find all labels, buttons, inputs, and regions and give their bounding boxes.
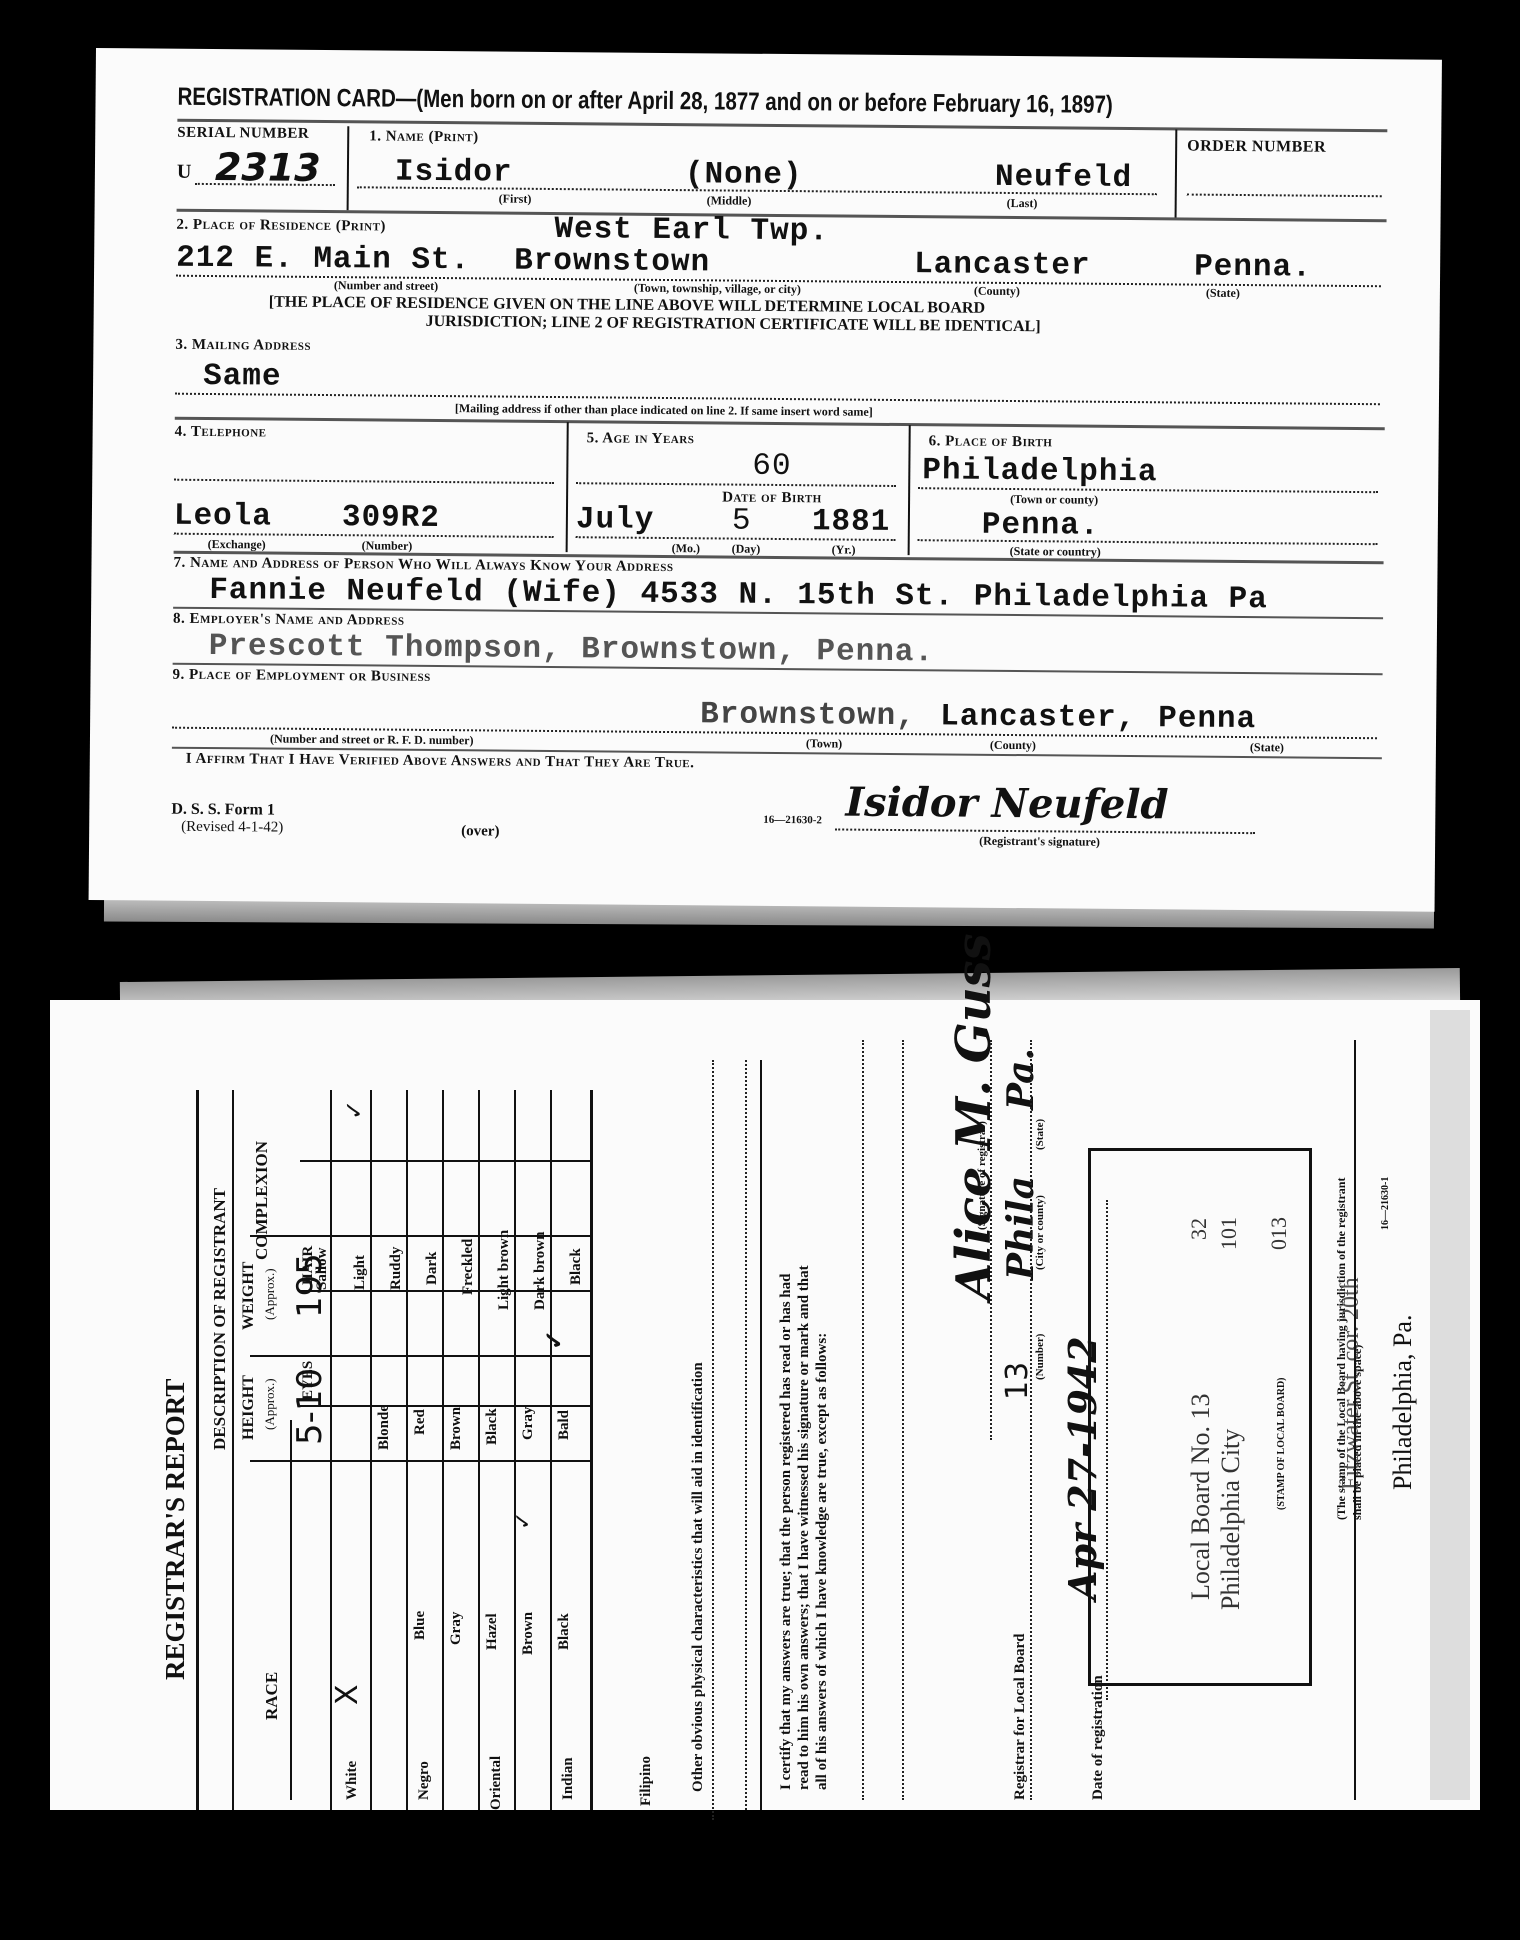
complexion-option-light: Light	[352, 1255, 369, 1290]
complexion-option-black: Black	[568, 1248, 585, 1285]
eyes-option-gray: Gray	[448, 1612, 465, 1645]
employment-county: Lancaster,	[940, 699, 1136, 736]
employer-label: 8. Employer's Name and Address	[173, 611, 405, 630]
other-characteristics-label: Other obvious physical characteristics t…	[690, 1362, 707, 1792]
registration-card: REGISTRATION CARD—(Men born on or after …	[89, 48, 1442, 912]
stamp-line-2: Philadelphia City	[1216, 1429, 1246, 1610]
certification-line-2: read to him his own answers; that I have…	[796, 1265, 813, 1790]
registrant-signature: Isidor Neufeld	[845, 779, 1168, 829]
form-revised: (Revised 4-1-42)	[181, 819, 283, 837]
certification-line-3: all of his answers of which I have knowl…	[814, 1333, 831, 1790]
complexion-option-light-brown: Light brown	[496, 1230, 513, 1310]
hair-option-black: Black	[484, 1408, 501, 1445]
report-subtitle: DESCRIPTION OF REGISTRANT	[210, 1188, 230, 1450]
height-header: HEIGHT	[240, 1375, 258, 1440]
birthplace-state: Penna.	[982, 508, 1100, 544]
telephone-number: 309R2	[342, 500, 440, 536]
stamp-line-1: Local Board No. 13	[1186, 1393, 1216, 1600]
complexion-option-dark: Dark	[424, 1252, 441, 1285]
order-number-label: ORDER NUMBER	[1187, 138, 1326, 157]
employment-state: Penna	[1158, 701, 1256, 737]
stamp-caption: (STAMP OF LOCAL BOARD)	[1276, 1377, 1287, 1510]
hair-option-red: Red	[412, 1409, 429, 1435]
hair-option-gray: Gray	[520, 1407, 537, 1440]
first-name: Isidor	[395, 155, 513, 191]
affirmation-text: I Affirm That I Have Verified Above Answ…	[186, 751, 695, 772]
name-label: 1. Name (Print)	[369, 128, 479, 146]
stamp-line-3: 013	[1266, 1217, 1292, 1250]
race-option-indian: Indian	[560, 1757, 577, 1800]
registrar-state: Pa.	[1000, 1048, 1042, 1110]
form-id: D. S. S. Form 1	[171, 801, 275, 820]
last-name: Neufeld	[995, 160, 1133, 196]
race-white-mark: X	[330, 1684, 365, 1705]
race-option-white: White	[344, 1761, 361, 1800]
registrar-for-board-label: Registrar for Local Board	[1012, 1633, 1029, 1800]
residence-label: 2. Place of Residence (Print)	[176, 217, 386, 236]
race-option-negro: Negro	[416, 1761, 433, 1800]
race-option-oriental: Oriental	[488, 1756, 505, 1810]
mailing-address-value: Same	[203, 359, 282, 395]
eyes-header: EYES	[300, 1361, 317, 1400]
mailing-address-label: 3. Mailing Address	[175, 337, 311, 355]
residence-street: 212 E. Main St.	[176, 241, 470, 279]
order-number-field	[1187, 194, 1382, 198]
dob-year: 1881	[812, 504, 891, 540]
date-of-registration-label: Date of registration	[1090, 1675, 1107, 1800]
print-code: 16—21630-2	[763, 814, 822, 827]
eyes-option-blue: Blue	[412, 1611, 429, 1640]
serial-number-label: SERIAL NUMBER	[177, 125, 309, 143]
dob-day: 5	[732, 504, 752, 539]
complexion-light-mark: ✓	[340, 1100, 369, 1120]
complexion-option-dark-brown: Dark brown	[532, 1232, 549, 1311]
telephone-label: 4. Telephone	[175, 424, 267, 442]
certification-line-1: I certify that my answers are true; that…	[778, 1274, 795, 1790]
divider	[177, 119, 1387, 133]
telephone-exchange: Leola	[174, 499, 272, 535]
race-option-filipino: Filipino	[638, 1756, 655, 1806]
eyes-option-hazel: Hazel	[484, 1613, 501, 1650]
birthplace-label: 6. Place of Birth	[929, 433, 1053, 451]
residence-county: Lancaster	[914, 247, 1091, 284]
complexion-option-sallow: Sallow	[314, 1247, 331, 1290]
birthplace-town: Philadelphia	[922, 453, 1158, 490]
over-note: (over)	[461, 823, 499, 840]
residence-state: Penna.	[1194, 250, 1312, 286]
serial-prefix: U	[177, 161, 192, 184]
eyes-brown-mark: ✓	[510, 1512, 536, 1530]
complexion-option-ruddy: Ruddy	[388, 1247, 405, 1290]
complexion-option-freckled: Freckled	[460, 1239, 477, 1295]
eyes-option-brown: Brown	[520, 1612, 537, 1655]
race-header: RACE	[262, 1672, 282, 1720]
employment-town: Brownstown,	[700, 697, 916, 734]
hair-option-brown: Brown	[448, 1407, 465, 1450]
dob-month: July	[576, 502, 655, 538]
hair-option-blonde: Blonde	[376, 1405, 393, 1450]
overstamp-line-2: Philadelphia, Pa.	[1388, 1315, 1418, 1490]
hair-option-bald: Bald	[556, 1410, 573, 1440]
employment-place-label: 9. Place of Employment or Business	[172, 667, 430, 686]
hair-gray-mark: ✓	[540, 1330, 569, 1350]
contact-person-value: Fannie Neufeld (Wife) 4533 N. 15th St. P…	[209, 573, 1268, 617]
overstamp-line-1: Fitzwater St. cor. 20th	[1338, 1277, 1365, 1490]
eyes-option-black: Black	[556, 1613, 573, 1650]
report-print-code: 16—21630-1	[1380, 1177, 1391, 1230]
complexion-header: COMPLEXION	[252, 1141, 272, 1260]
card-title: REGISTRATION CARD—(Men born on or after …	[177, 83, 1112, 120]
age-label: 5. Age in Years	[587, 430, 695, 448]
weight-header: WEIGHT	[240, 1262, 258, 1330]
registrar-signature: Alice M. Guss	[946, 933, 1002, 1300]
age-value: 60	[752, 449, 792, 484]
residence-town: Brownstown	[514, 244, 710, 281]
stamp-line-1-right: 32	[1186, 1218, 1212, 1240]
stamp-line-2-right: 101	[1216, 1217, 1242, 1250]
middle-name: (None)	[685, 157, 803, 193]
report-title: REGISTRAR'S REPORT	[160, 1379, 191, 1680]
